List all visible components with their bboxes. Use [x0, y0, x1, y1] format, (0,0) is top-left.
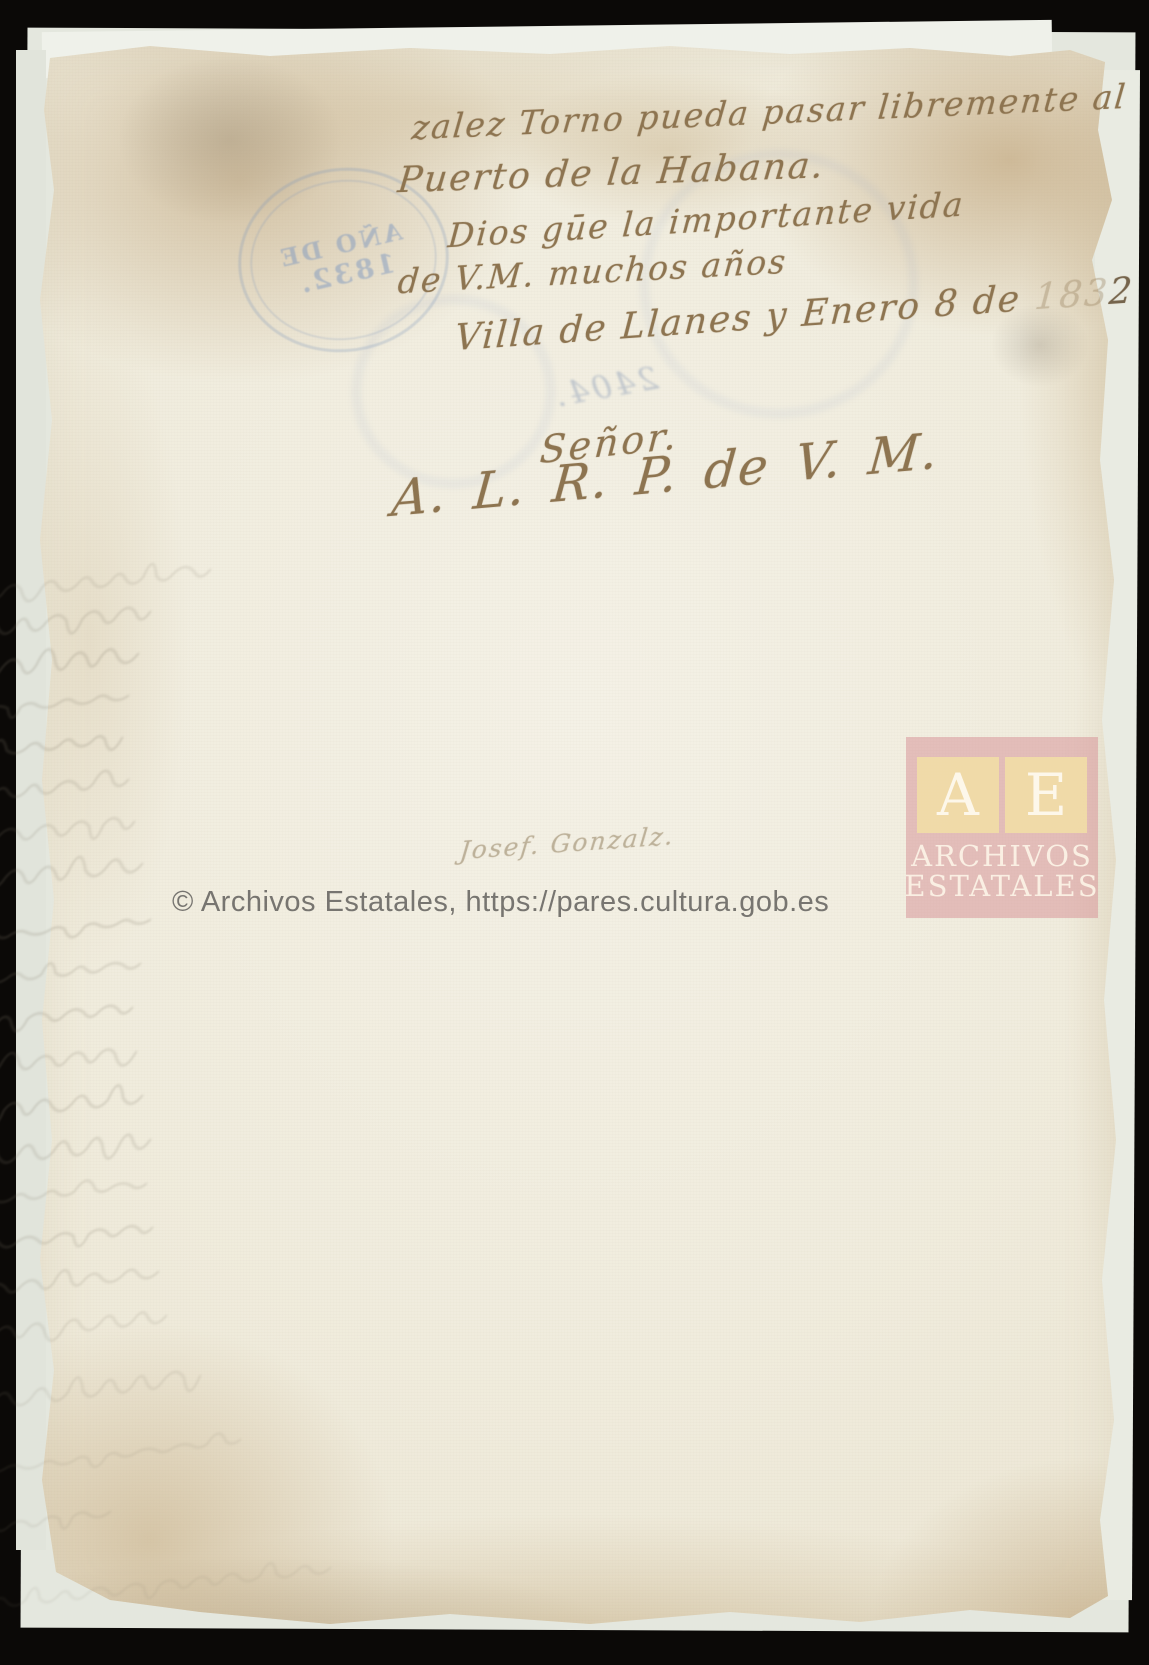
- logo-letter-e: E: [1005, 757, 1087, 833]
- archival-scan-background: AÑO DE 1832. 2404. zalez Torno pueda pas…: [0, 0, 1149, 1665]
- date-line-faded-year: 183: [1033, 272, 1110, 319]
- copyright-watermark: © Archivos Estatales, https://pares.cult…: [172, 886, 829, 919]
- archivos-estatales-logo: A E ARCHIVOS ESTATALES: [906, 737, 1098, 918]
- under-sheet-left-sliver: [16, 50, 46, 1550]
- logo-wordmark: ARCHIVOS ESTATALES: [904, 841, 1099, 902]
- date-line-dark-digit: 2: [1108, 270, 1136, 313]
- logo-letter-a: A: [917, 757, 999, 833]
- logo-letter-squares: A E: [917, 757, 1087, 833]
- logo-word-estatales: ESTATALES: [904, 871, 1099, 901]
- logo-word-archivos: ARCHIVOS: [904, 841, 1099, 871]
